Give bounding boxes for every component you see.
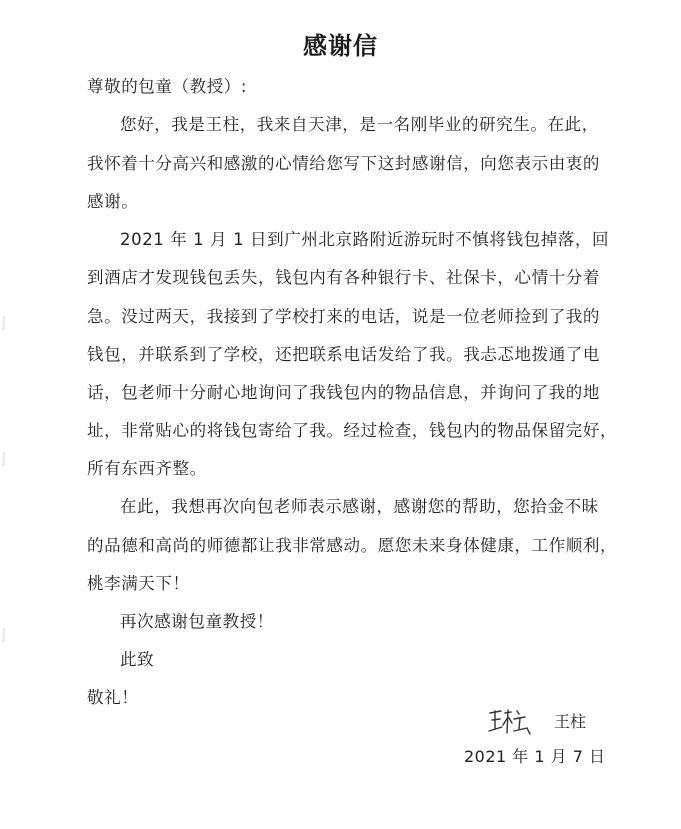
paragraph-3-line-1: 在此，我想再次向包老师表示感谢，感谢您的帮助，您拾金不昧 bbox=[120, 497, 620, 517]
paragraph-2-line-4: 钱包，并联系到了学校，还把联系电话发给了我。我忐忑地拨通了电 bbox=[87, 345, 587, 365]
letter-title: 感谢信 bbox=[0, 26, 681, 61]
paragraph-2-line-5: 话，包老师十分耐心地询问了我钱包内的物品信息，并询问了我的地 bbox=[87, 383, 587, 403]
paragraph-1-line-1: 您好，我是王柱，我来自天津，是一名刚毕业的研究生。在此， bbox=[120, 115, 620, 135]
signature-printed-name: 王柱 bbox=[554, 709, 586, 732]
handwritten-signature bbox=[487, 707, 531, 737]
closing-thanks: 再次感谢包童教授！ bbox=[120, 612, 620, 632]
scan-margin-mark bbox=[2, 316, 5, 330]
closing-cizhi: 此致 bbox=[120, 650, 620, 670]
salutation: 尊敬的包童（教授）: bbox=[87, 77, 587, 97]
paragraph-3-line-2: 的品德和高尚的师德都让我非常感动。愿您未来身体健康，工作顺利， bbox=[87, 536, 587, 556]
letter-page: 感谢信 尊敬的包童（教授）: 您好，我是王柱，我来自天津，是一名刚毕业的研究生。… bbox=[0, 0, 681, 829]
paragraph-1-line-2: 我怀着十分高兴和感激的心情给您写下这封感谢信，向您表示由衷的 bbox=[87, 154, 587, 174]
scan-margin-mark bbox=[2, 628, 5, 642]
paragraph-2-line-6: 址，非常贴心的将钱包寄给了我。经过检查，钱包内的物品保留完好， bbox=[87, 421, 587, 441]
letter-date: 2021 年 1 月 7 日 bbox=[464, 744, 606, 767]
paragraph-2-line-2: 到酒店才发现钱包丢失，钱包内有各种银行卡、社保卡，心情十分着 bbox=[87, 268, 587, 288]
paragraph-2-line-1: 2021 年 1 月 1 日到广州北京路附近游玩时不慎将钱包掉落，回 bbox=[120, 230, 620, 250]
paragraph-3-line-3: 桃李满天下！ bbox=[87, 574, 587, 594]
paragraph-2-line-3: 急。没过两天，我接到了学校打来的电话，说是一位老师捡到了我的 bbox=[87, 307, 587, 327]
closing-jingli: 敬礼！ bbox=[87, 688, 587, 708]
paragraph-1-line-3: 感谢。 bbox=[87, 192, 587, 212]
scan-margin-mark bbox=[2, 452, 5, 466]
paragraph-2-line-7: 所有东西齐整。 bbox=[87, 459, 587, 479]
